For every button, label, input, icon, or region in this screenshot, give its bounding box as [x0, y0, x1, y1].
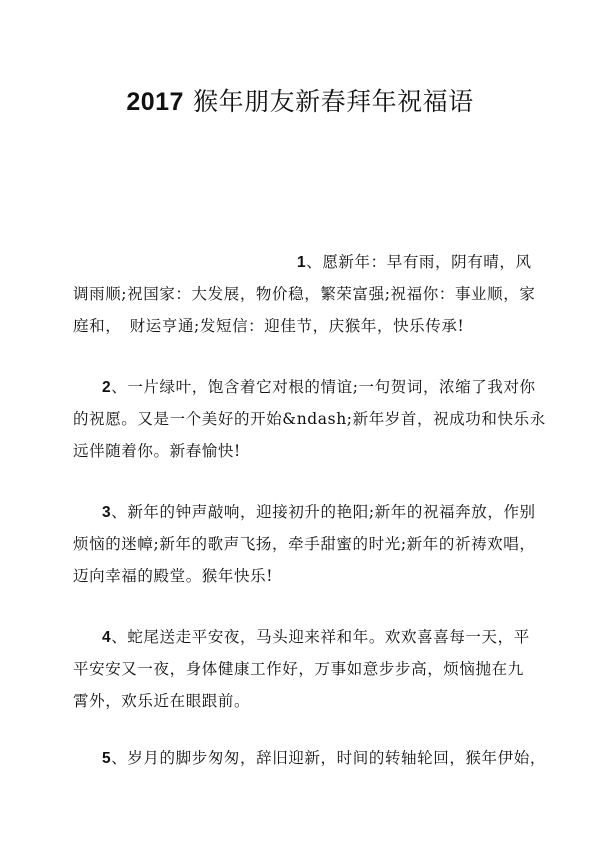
title-text: 猴年朋友新春拜年祝福语	[193, 87, 474, 116]
paragraph-number: 1	[297, 254, 306, 271]
paragraph-5-line-1: 5、岁月的脚步匆匆，辞旧迎新，时间的转轴轮回，猴年伊始，	[102, 748, 546, 769]
paragraph-number: 3	[102, 504, 111, 521]
paragraph-1-line-1: 1、愿新年：早有雨，阴有晴，风	[297, 252, 532, 273]
paragraph-text: 、新年的钟声敲响，迎接初升的艳阳;新年的祝福奔放，作别	[111, 503, 535, 521]
paragraph-2-line-2: 的祝愿。又是一个美好的开始&ndash;新年岁首，祝成功和快乐永	[73, 409, 546, 429]
paragraph-text: 、愿新年：早有雨，阴有晴，风	[306, 253, 531, 271]
paragraph-number: 5	[102, 750, 111, 767]
paragraph-3-line-3: 迈向幸福的殿堂。猴年快乐!	[73, 566, 273, 586]
paragraph-text: 、岁月的脚步匆匆，辞旧迎新，时间的转轴轮回，猴年伊始，	[111, 749, 546, 767]
paragraph-2-line-3: 远伴随着你。新春愉快!	[73, 441, 241, 461]
paragraph-1-line-2: 调雨顺;祝国家：大发展，物价稳，繁荣富强;祝福你：事业顺，家	[73, 284, 535, 304]
paragraph-4-line-3: 霄外，欢乐近在眼跟前。	[73, 691, 250, 711]
title-year: 2017	[126, 88, 184, 116]
paragraph-3-line-2: 烦恼的迷幛;新年的歌声飞扬，牵手甜蜜的时光;新年的祈祷欢唱，	[73, 534, 535, 554]
document-title: 2017 猴年朋友新春拜年祝福语	[0, 82, 600, 118]
paragraph-3-line-1: 3、新年的钟声敲响，迎接初升的艳阳;新年的祝福奔放，作别	[102, 502, 536, 523]
paragraph-number: 2	[102, 379, 111, 396]
paragraph-2-line-1: 2、一片绿叶，饱含着它对根的情谊;一句贺词，浓缩了我对你	[102, 377, 536, 398]
paragraph-4-line-1: 4、蛇尾送走平安夜，马头迎来祥和年。欢欢喜喜每一天，平	[102, 627, 530, 648]
paragraph-number: 4	[102, 629, 111, 646]
paragraph-4-line-2: 平安安又一夜，身体健康工作好，万事如意步步高，烦恼抛在九	[73, 659, 524, 679]
paragraph-text: 、一片绿叶，饱含着它对根的情谊;一句贺词，浓缩了我对你	[111, 378, 535, 396]
paragraph-1-line-3: 庭和， 财运亨通;发短信：迎佳节，庆猴年，快乐传承!	[73, 316, 464, 336]
paragraph-text: 、蛇尾送走平安夜，马头迎来祥和年。欢欢喜喜每一天，平	[111, 628, 530, 646]
document-page: 2017 猴年朋友新春拜年祝福语 1、愿新年：早有雨，阴有晴，风 调雨顺;祝国家…	[0, 0, 600, 848]
